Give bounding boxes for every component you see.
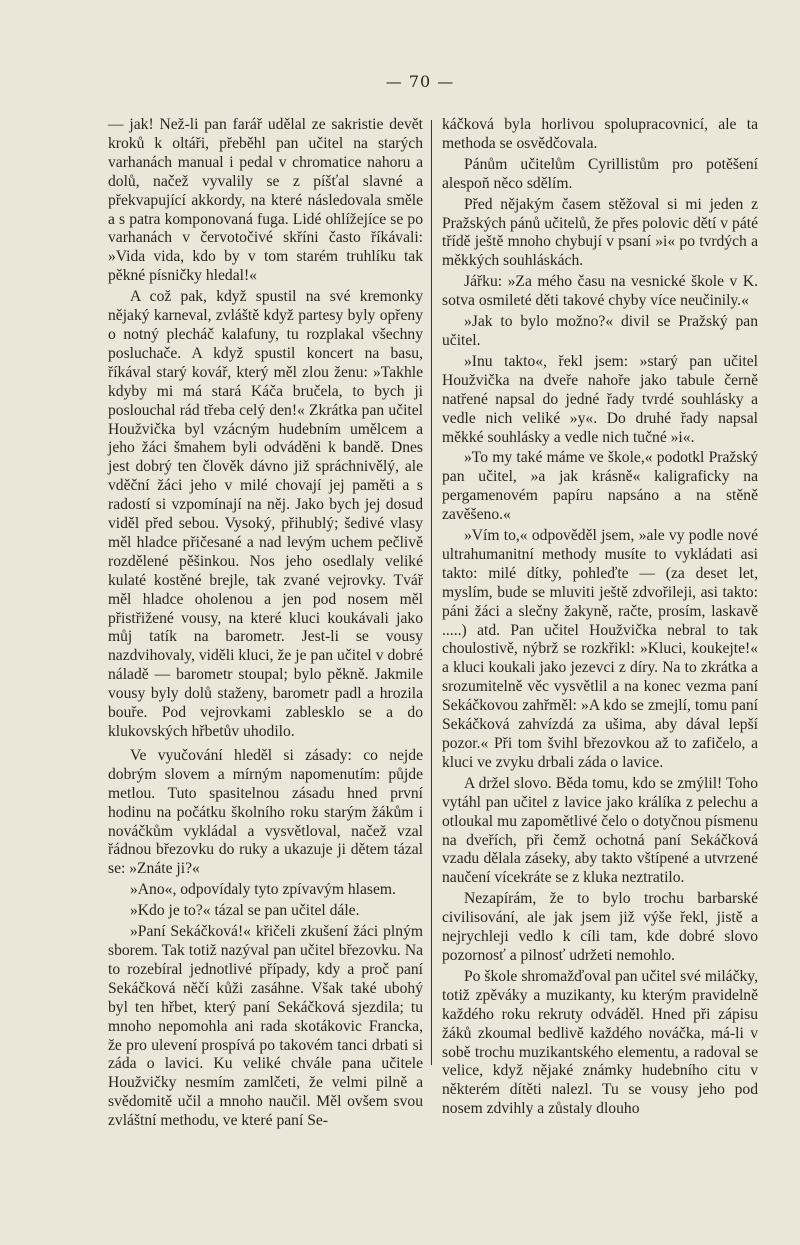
paragraph: — jak! Než-li pan farář udělal ze sakris… bbox=[108, 116, 423, 286]
paragraph: Ve vyučování hleděl si zásady: co nejde … bbox=[108, 747, 423, 879]
page-number: — 70 — bbox=[0, 72, 800, 91]
paragraph: A držel slovo. Běda tomu, kdo se zmýlil!… bbox=[442, 775, 758, 888]
paragraph: Jářku: »Za mého času na vesnické škole v… bbox=[442, 273, 758, 311]
left-column: — jak! Než-li pan farář udělal ze sakris… bbox=[108, 116, 431, 1131]
paragraph: »Paní Sekáčková!« křičeli zkušení žáci p… bbox=[108, 923, 423, 1131]
paragraph: Před nějakým časem stěžoval si mi jeden … bbox=[442, 196, 758, 272]
paragraph: »Jak to bylo možno?« divil se Pražský pa… bbox=[442, 313, 758, 351]
paragraph: káčková byla horlivou spolupracovnicí, a… bbox=[442, 116, 758, 154]
right-column: káčková byla horlivou spolupracovnicí, a… bbox=[432, 116, 758, 1131]
paragraph: »Vím to,« odpověděl jsem, »ale vy podle … bbox=[442, 527, 758, 773]
paragraph: »Kdo je to?« tázal se pan učitel dále. bbox=[108, 902, 423, 921]
paragraph: A což pak, když spustil na své kremonky … bbox=[108, 288, 423, 742]
paragraph: »Inu takto«, řekl jsem: »starý pan učite… bbox=[442, 353, 758, 448]
text-columns: — jak! Než-li pan farář udělal ze sakris… bbox=[108, 116, 758, 1131]
paragraph: »Ano«, odpovídaly tyto zpívavým hlasem. bbox=[108, 881, 423, 900]
paragraph: Pánům učitelům Cyrillistům pro potěšení … bbox=[442, 156, 758, 194]
paragraph: Nezapírám, že to bylo trochu barbarské c… bbox=[442, 890, 758, 966]
paragraph: »To my také máme ve škole,« podotkl Praž… bbox=[442, 449, 758, 525]
paragraph: Po škole shromažďoval pan učitel své mil… bbox=[442, 968, 758, 1119]
